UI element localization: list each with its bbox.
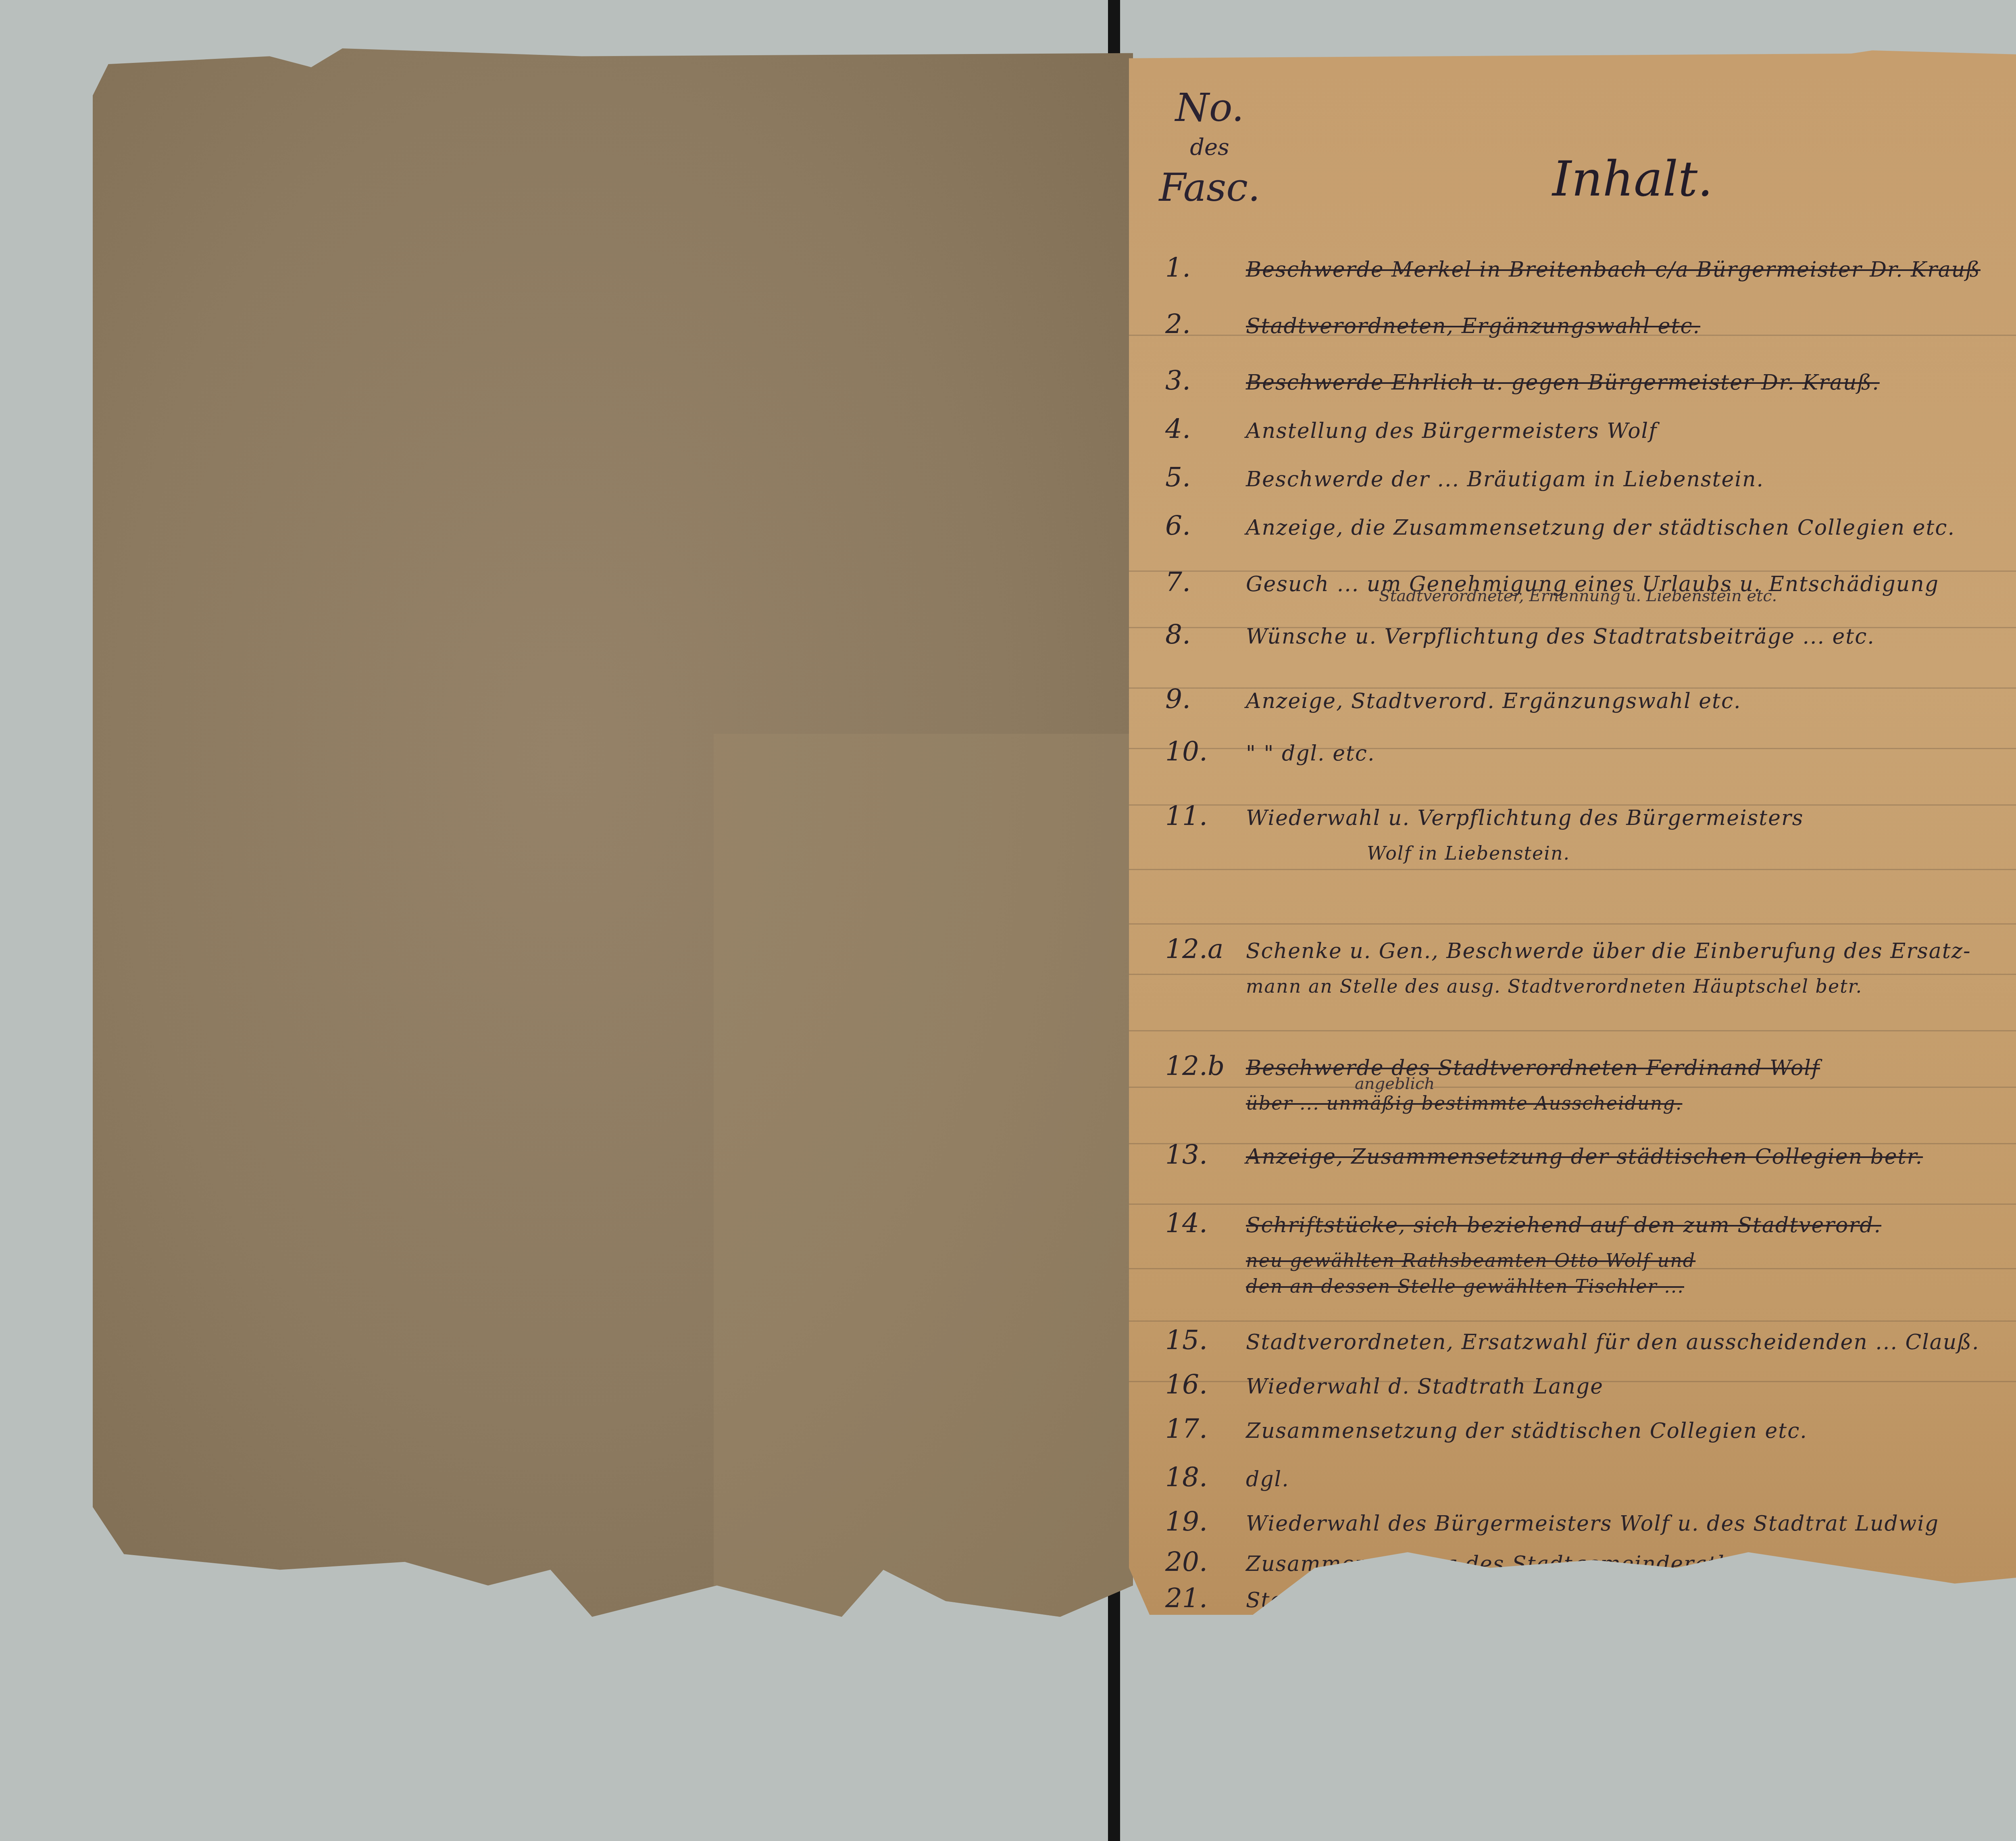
entry-text: Stadtverordneten, Ersatzwahl für den aus… [1246, 1330, 1980, 1354]
entry-number: 13. [1165, 1139, 1246, 1170]
list-item: 5. Beschwerde der ... Bräutigam in Liebe… [1165, 462, 2016, 493]
list-item: 21. Stellvertreter des Bürgermeisters [1165, 1583, 2016, 1614]
entry-text: dgl. [1246, 1467, 1289, 1491]
entry-continuation: neu gewählten Rathsbeamten Otto Wolf und [1246, 1250, 1881, 1271]
entry-text: Stellvertreter des Bürgermeisters [1246, 1588, 1633, 1612]
interlinear-note: Stadtverordneter, Ernennung u. Liebenste… [1379, 587, 1777, 605]
list-item: 17. Zusammensetzung der städtischen Coll… [1165, 1413, 2016, 1444]
entry-number: 11. [1165, 800, 1246, 831]
entry-text: Zusammensetzung der städtischen Collegie… [1246, 1419, 1808, 1443]
entry-text: Anzeige, Stadtverord. Ergänzungswahl etc… [1246, 689, 1741, 713]
entry-number: 5. [1165, 462, 1246, 493]
entry-number: 9. [1165, 683, 1246, 714]
entry-text: Anzeige, Zusammensetzung der städtischen… [1246, 1145, 1923, 1169]
entry-text: " " dgl. etc. [1246, 741, 1375, 766]
entry-number: 18. [1165, 1462, 1246, 1493]
list-item: 1. Beschwerde Merkel in Breitenbach c/a … [1165, 252, 2016, 283]
entry-text: Anstellung des Bürgermeisters Wolf [1246, 419, 1657, 443]
entry-number: 4. [1165, 413, 1246, 444]
entry-continuation: Wolf in Liebenstein. [1367, 842, 1804, 864]
list-item: 23. dgl. [1165, 1659, 2016, 1690]
entry-continuation: mann an Stelle des ausg. Stadtverordnete… [1246, 975, 1971, 997]
list-item: 15. Stadtverordneten, Ersatzwahl für den… [1165, 1325, 2016, 1356]
water-stain [714, 734, 1133, 1621]
list-item: 19. Wiederwahl des Bürgermeisters Wolf u… [1165, 1506, 2016, 1537]
right-page-contents: No. des Fasc. Inhalt. 1. Beschwerde Merk… [1129, 50, 2016, 1615]
entry-text: Wünsche u. Verpflichtung des Stadtratsbe… [1246, 625, 1875, 649]
entry-text: Wiederwahl u. Verpflichtung des Bürgerme… [1246, 806, 1804, 864]
list-item: 8. Wünsche u. Verpflichtung des Stadtrat… [1165, 619, 2016, 650]
entry-text: Zusammensetzung des Stadtgemeinderathes [1246, 1552, 1756, 1576]
entry-number: 23. [1165, 1659, 1246, 1690]
entry-number: 19. [1165, 1506, 1246, 1537]
entry-number: 12.b [1165, 1050, 1246, 1081]
entry-text: Wiederwahl d. Stadtrath Lange [1246, 1375, 1604, 1399]
entry-line: Schenke u. Gen., Beschwerde über die Ein… [1246, 939, 1971, 963]
list-item: 22. Zusammensetzung des Stadtgemeinderat… [1165, 1619, 2016, 1650]
entry-text: Zusammensetzung des Stadtgemeinderathes [1246, 1624, 1756, 1649]
entry-number: 16. [1165, 1369, 1246, 1400]
entry-text: Schriftstücke, sich beziehend auf den zu… [1246, 1213, 1881, 1297]
left-page-cover [93, 48, 1133, 1617]
entry-text: Beschwerde Ehrlich u. gegen Bürgermeiste… [1246, 371, 1880, 395]
list-item: 12.b Beschwerde des Stadtverordneten Fer… [1165, 1050, 2016, 1114]
entry-line: Beschwerde des Stadtverordneten Ferdinan… [1246, 1056, 1820, 1080]
entry-text: Beschwerde Merkel in Breitenbach c/a Bür… [1246, 258, 1981, 282]
list-item: 20. Zusammensetzung des Stadtgemeinderat… [1165, 1546, 2016, 1577]
entry-text: Wiederwahl des Bürgermeisters Wolf u. de… [1246, 1512, 1939, 1536]
list-item: 6. Anzeige, die Zusammensetzung der städ… [1165, 510, 2016, 541]
entry-number: 3. [1165, 365, 1246, 396]
entry-number: 20. [1165, 1546, 1246, 1577]
entry-number: 22. [1165, 1619, 1246, 1650]
list-item: 13. Anzeige, Zusammensetzung der städtis… [1165, 1139, 2016, 1170]
entry-text: Schenke u. Gen., Beschwerde über die Ein… [1246, 939, 1971, 997]
entry-number: 17. [1165, 1413, 1246, 1444]
entry-number: 8. [1165, 619, 1246, 650]
entry-continuation: den an dessen Stelle gewählten Tischler … [1246, 1275, 1881, 1297]
list-item: 11. Wiederwahl u. Verpflichtung des Bürg… [1165, 800, 2016, 864]
list-item: 10. " " dgl. etc. [1165, 736, 2016, 767]
entry-text: Anzeige, die Zusammensetzung der städtis… [1246, 516, 1955, 540]
entry-number: 7. [1165, 566, 1246, 598]
contents-list: 1. Beschwerde Merkel in Breitenbach c/a … [1129, 50, 2016, 1615]
list-item: 9. Anzeige, Stadtverord. Ergänzungswahl … [1165, 683, 2016, 714]
entry-number: 14. [1165, 1208, 1246, 1239]
entry-line: Schriftstücke, sich beziehend auf den zu… [1246, 1213, 1881, 1237]
list-item: 14. Schriftstücke, sich beziehend auf de… [1165, 1208, 2016, 1297]
entry-line: Wiederwahl u. Verpflichtung des Bürgerme… [1246, 806, 1804, 830]
entry-number: 6. [1165, 510, 1246, 541]
list-item: 12.a Schenke u. Gen., Beschwerde über di… [1165, 933, 2016, 997]
entry-text: Stadtverordneten, Ergänzungswahl etc. [1246, 314, 1700, 338]
list-item: 2. Stadtverordneten, Ergänzungswahl etc. [1165, 308, 2016, 339]
entry-text: dgl. [1246, 1665, 1289, 1689]
entry-number: 21. [1165, 1583, 1246, 1614]
entry-continuation: über ... unmäßig bestimmte Ausscheidung. [1246, 1092, 1820, 1114]
entry-number: 1. [1165, 252, 1246, 283]
list-item: 16. Wiederwahl d. Stadtrath Lange [1165, 1369, 2016, 1400]
list-item: 3. Beschwerde Ehrlich u. gegen Bürgermei… [1165, 365, 2016, 396]
entry-text: Beschwerde des Stadtverordneten Ferdinan… [1246, 1056, 1820, 1114]
entry-number: 12.a [1165, 933, 1246, 964]
entry-number: 10. [1165, 736, 1246, 767]
list-item: 4. Anstellung des Bürgermeisters Wolf [1165, 413, 2016, 444]
entry-text: Beschwerde der ... Bräutigam in Liebenst… [1246, 467, 1764, 491]
entry-number: 15. [1165, 1325, 1246, 1356]
entry-number: 2. [1165, 308, 1246, 339]
list-item: 18. dgl. [1165, 1462, 2016, 1493]
